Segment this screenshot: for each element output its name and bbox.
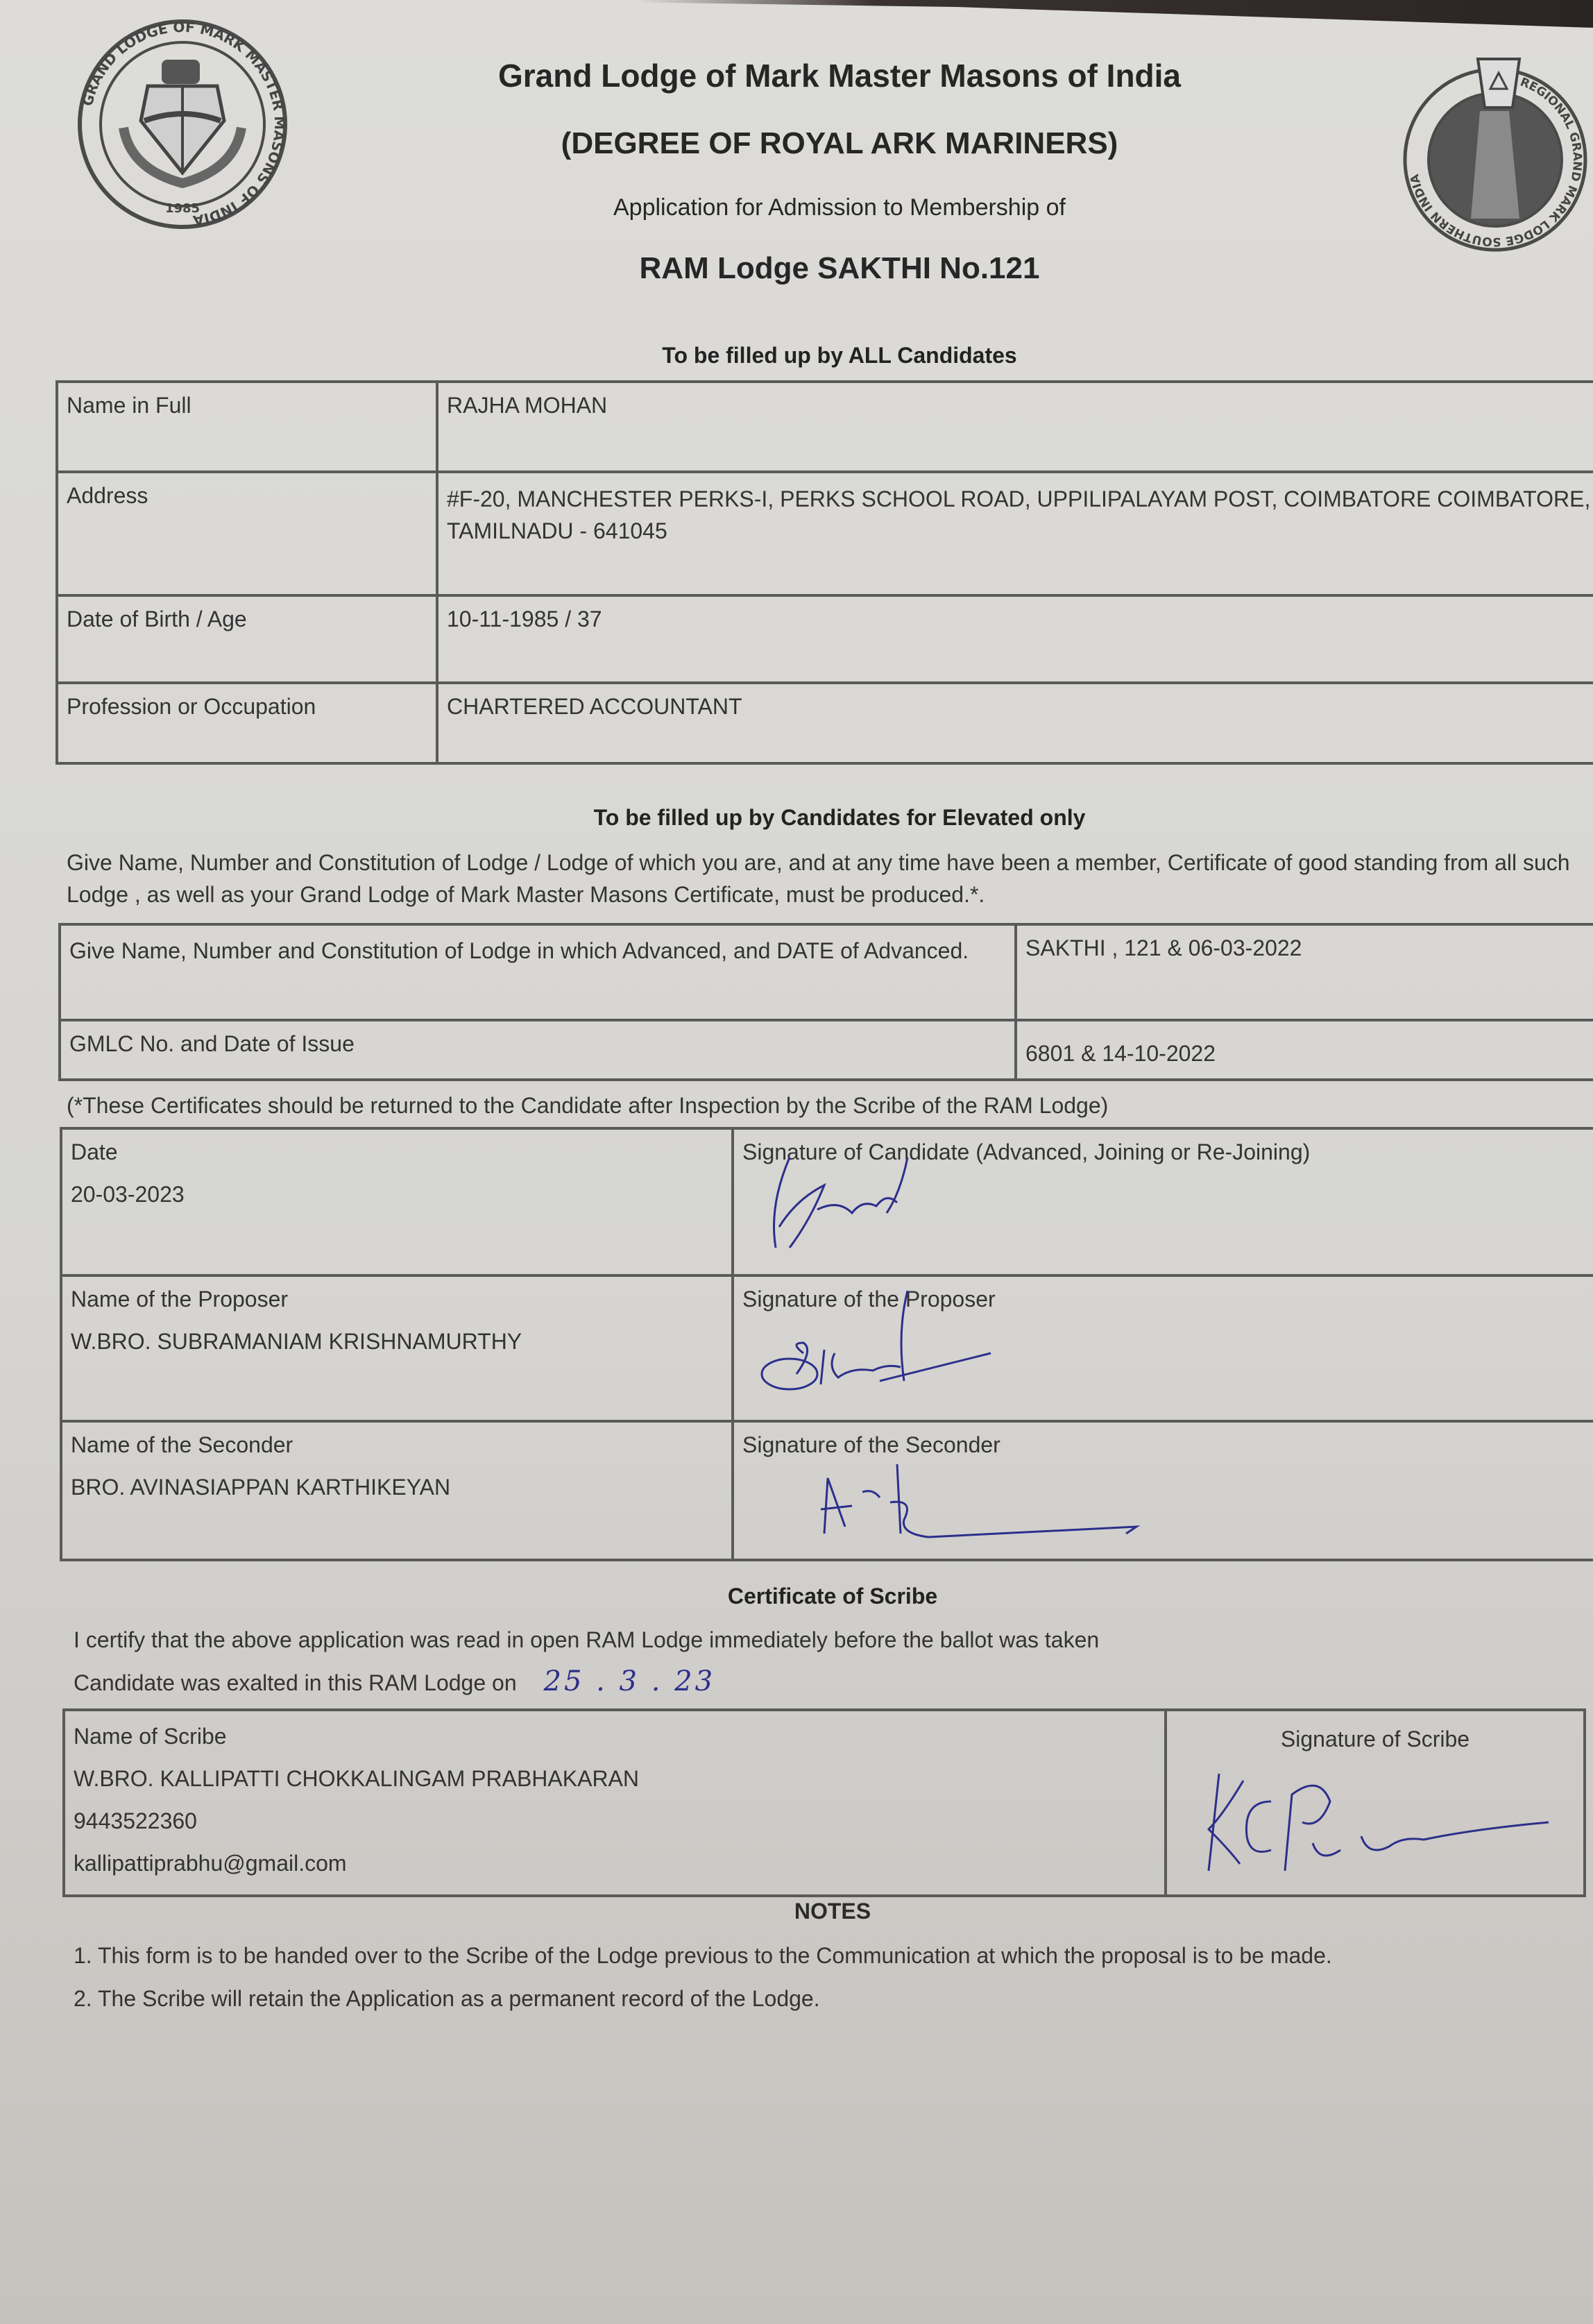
gmlc-field[interactable]: 6801 & 14-10-2022	[1016, 1020, 1593, 1080]
section-elevated-title: To be filled up by Candidates for Elevat…	[486, 805, 1193, 831]
certificates-footnote: (*These Certificates should be returned …	[67, 1089, 1524, 1121]
field-label: Give Name, Number and Constitution of Lo…	[60, 924, 1016, 1020]
scribe-email-field[interactable]: kallipattiprabhu@gmail.com	[74, 1842, 1156, 1885]
scribe-name-label: Name of Scribe	[74, 1715, 1156, 1758]
exalted-line: Candidate was exalted in this RAM Lodge …	[74, 1665, 906, 1699]
signatures-table: Date 20-03-2023 Signature of Candidate (…	[60, 1127, 1593, 1561]
dob-age-field[interactable]: 10-11-1985 / 37	[437, 595, 1593, 683]
candidate-signature[interactable]	[748, 1144, 998, 1255]
field-label: Date of Birth / Age	[57, 595, 437, 683]
note-item-2: 2. The Scribe will retain the Applicatio…	[74, 1986, 820, 2012]
notes-title: NOTES	[694, 1899, 971, 1924]
table-row: GMLC No. and Date of Issue 6801 & 14-10-…	[60, 1020, 1593, 1080]
proposer-signature[interactable]	[748, 1277, 1067, 1402]
table-row: Name of the Proposer W.BRO. SUBRAMANIAM …	[61, 1275, 1593, 1421]
note-item-1: 1. This form is to be handed over to the…	[74, 1943, 1332, 1969]
section-all-title: To be filled up by ALL Candidates	[486, 343, 1193, 368]
org-title: Grand Lodge of Mark Master Masons of Ind…	[347, 57, 1332, 94]
seconder-name-field[interactable]: BRO. AVINASIAPPAN KARTHIKEYAN	[71, 1475, 723, 1500]
lodge-title: RAM Lodge SAKTHI No.121	[347, 251, 1332, 286]
table-row: Profession or Occupation CHARTERED ACCOU…	[57, 683, 1593, 763]
field-label: Name in Full	[57, 382, 437, 472]
degree-title: (DEGREE OF ROYAL ARK MARINERS)	[347, 126, 1332, 161]
seconder-label: Name of the Seconder	[71, 1432, 723, 1458]
scribe-section-title: Certificate of Scribe	[624, 1584, 1041, 1609]
date-label: Date	[71, 1139, 723, 1165]
scribe-signature-label: Signature of Scribe	[1175, 1727, 1575, 1752]
grand-lodge-seal-icon: GRAND LODGE OF MARK MASTER MASONS OF IND…	[75, 17, 290, 232]
field-label: GMLC No. and Date of Issue	[60, 1020, 1016, 1080]
table-row: Name of the Seconder BRO. AVINASIAPPAN K…	[61, 1421, 1593, 1560]
application-subtitle: Application for Admission to Membership …	[347, 194, 1332, 221]
elevated-table: Give Name, Number and Constitution of Lo…	[58, 923, 1593, 1081]
table-row: Name of Scribe W.BRO. KALLIPATTI CHOKKAL…	[64, 1710, 1585, 1896]
table-row: Date 20-03-2023 Signature of Candidate (…	[61, 1128, 1593, 1275]
table-row: Name in Full RAJHA MOHAN	[57, 382, 1593, 472]
advanced-lodge-field[interactable]: SAKTHI , 121 & 06-03-2022	[1016, 924, 1593, 1020]
exalted-text: Candidate was exalted in this RAM Lodge …	[74, 1670, 517, 1695]
proposer-name-field[interactable]: W.BRO. SUBRAMANIAM KRISHNAMURTHY	[71, 1329, 723, 1355]
field-label: Address	[57, 472, 437, 595]
regional-grand-mark-lodge-seal-icon: REGIONAL GRAND MARK LODGE SOUTHERN INDIA	[1398, 49, 1592, 257]
table-row: Address #F-20, MANCHESTER PERKS-I, PERKS…	[57, 472, 1593, 595]
proposer-label: Name of the Proposer	[71, 1287, 723, 1312]
table-row: Give Name, Number and Constitution of Lo…	[60, 924, 1593, 1020]
address-field[interactable]: #F-20, MANCHESTER PERKS-I, PERKS SCHOOL …	[437, 472, 1593, 595]
table-row: Date of Birth / Age 10-11-1985 / 37	[57, 595, 1593, 683]
scribe-name-field[interactable]: W.BRO. KALLIPATTI CHOKKALINGAM PRABHAKAR…	[74, 1758, 1156, 1800]
scribe-phone-field[interactable]: 9443522360	[74, 1800, 1156, 1842]
seconder-signature[interactable]	[748, 1450, 1178, 1554]
exalted-date-field[interactable]: 25 . 3 . 23	[544, 1665, 716, 1697]
field-label: Profession or Occupation	[57, 683, 437, 763]
scribe-certify-text: I certify that the above application was…	[74, 1624, 1461, 1656]
date-field[interactable]: 20-03-2023	[71, 1182, 723, 1207]
occupation-field[interactable]: CHARTERED ACCOUNTANT	[437, 683, 1593, 763]
elevated-instructions: Give Name, Number and Constitution of Lo…	[67, 847, 1586, 910]
application-form: GRAND LODGE OF MARK MASTER MASONS OF IND…	[0, 0, 1593, 2324]
scribe-signature[interactable]	[1181, 1760, 1569, 1878]
scribe-table: Name of Scribe W.BRO. KALLIPATTI CHOKKAL…	[62, 1708, 1586, 1897]
svg-text:1985: 1985	[165, 201, 200, 216]
name-field[interactable]: RAJHA MOHAN	[437, 382, 1593, 472]
candidate-details-table: Name in Full RAJHA MOHAN Address #F-20, …	[56, 380, 1593, 765]
